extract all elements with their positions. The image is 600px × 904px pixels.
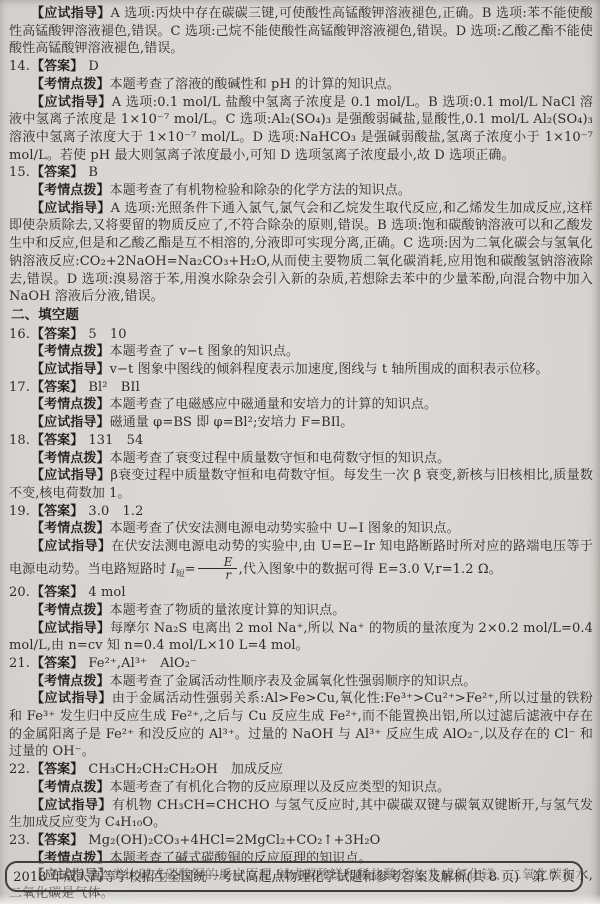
answer-value: Mg₂(OH)₂CO₃+4HCl=2MgCl₂+CO₂↑+3H₂O bbox=[88, 833, 380, 848]
question-18-guidance: 【应试指导】β衰变过程中质量数守恒和电荷数守恒。每发生一次 β 衰变,新核与旧核… bbox=[9, 467, 593, 502]
exam-points-text: 本题考查了金属活动性顺序表及金属氧化性强弱顺序的知识点。 bbox=[110, 674, 477, 689]
question-20-answer-line: 20.【答案】4 mol bbox=[9, 584, 593, 602]
question-number: 20. bbox=[9, 585, 31, 600]
question-20-guidance: 【应试指导】每摩尔 Na₂S 电离出 2 mol Na⁺,所以 Na⁺ 的物质的… bbox=[9, 620, 593, 655]
exam-points-label: 【考情点拨】 bbox=[31, 603, 110, 618]
question-22-answer-line: 22.【答案】CH₃CH₂CH₂CH₂OH 加成反应 bbox=[9, 761, 593, 779]
exam-points-label: 【考情点拨】 bbox=[31, 397, 110, 412]
answer-value: 5 10 bbox=[88, 327, 126, 342]
exam-points-text: 本题考查了溶液的酸碱性和 pH 的计算的知识点。 bbox=[110, 77, 400, 92]
question-14-answer-line: 14.【答案】D bbox=[9, 58, 593, 76]
guidance-text: A 选项:光照条件下通入氯气,氯气会和乙烷发生取代反应,和乙烯发生加成反应,这样… bbox=[9, 201, 593, 305]
equals-sign: = bbox=[185, 562, 196, 577]
question-14-exam-points: 【考情点拨】本题考查了溶液的酸碱性和 pH 的计算的知识点。 bbox=[9, 76, 593, 94]
page-content: 【应试指导】A 选项:丙炔中存在碳碳三键,可使酸性高锰酸钾溶液褪色,正确。B 选… bbox=[9, 5, 593, 903]
guidance-text: 磁通量 φ=BS 即 φ=Bl²;安培力 F=BIl。 bbox=[110, 415, 354, 430]
question-17-exam-points: 【考情点拨】本题考查了电磁感应中磁通量和安培力的计算的知识点。 bbox=[9, 396, 593, 414]
question-number: 15. bbox=[9, 165, 31, 180]
question-17-answer-line: 17.【答案】Bl² BIl bbox=[9, 379, 593, 397]
guidance-label: 【应试指导】 bbox=[31, 539, 111, 554]
guidance-label: 【应试指导】 bbox=[31, 621, 110, 636]
question-14-guidance: 【应试指导】A 选项:0.1 mol/L 盐酸中氢离子浓度是 0.1 mol/L… bbox=[9, 94, 593, 165]
answer-value: 131 54 bbox=[88, 433, 143, 448]
guidance-label: 【应试指导】 bbox=[31, 362, 110, 377]
emf-over-resistance-fraction: Er bbox=[198, 556, 237, 582]
question-16-guidance: 【应试指导】v−t 图象中图线的倾斜程度表示加速度,图线与 t 轴所围成的面积表… bbox=[9, 361, 593, 379]
question-21-exam-points: 【考情点拨】本题考查了金属活动性顺序表及金属氧化性强弱顺序的知识点。 bbox=[9, 673, 593, 691]
answer-label: 【答案】 bbox=[31, 380, 83, 395]
answer-label: 【答案】 bbox=[31, 433, 83, 448]
question-15-exam-points: 【考情点拨】本题考查了有机物检验和除杂的化学方法的知识点。 bbox=[9, 182, 593, 200]
answer-value: B bbox=[88, 165, 98, 180]
footer-text: 2018 年成人高等学校招生全国统一考试高起点物理化学试题和参考答案及解析(共 … bbox=[13, 870, 574, 885]
exam-points-text: 本题考查了有机化合物的反应原理以及反应类型的知识点。 bbox=[110, 780, 451, 795]
question-number: 19. bbox=[9, 504, 31, 519]
guidance-label: 【应试指导】 bbox=[31, 415, 110, 430]
question-19-exam-points: 【考情点拨】本题考查了伏安法测电源电动势实验中 U−I 图象的知识点。 bbox=[9, 520, 593, 538]
answer-label: 【答案】 bbox=[31, 165, 83, 180]
question-17-guidance: 【应试指导】磁通量 φ=BS 即 φ=Bl²;安培力 F=BIl。 bbox=[9, 414, 593, 432]
question-15-guidance: 【应试指导】A 选项:光照条件下通入氯气,氯气会和乙烷发生取代反应,和乙烯发生加… bbox=[9, 200, 593, 306]
page-footer: 2018 年成人高等学校招生全国统一考试高起点物理化学试题和参考答案及解析(共 … bbox=[5, 861, 583, 892]
question-19-guidance: 【应试指导】在伏安法测电源电动势的实验中,由 U=E−Ir 知电路断路时所对应的… bbox=[9, 538, 593, 584]
question-number: 18. bbox=[9, 433, 31, 448]
answer-value: D bbox=[88, 59, 99, 74]
guidance-label: 【应试指导】 bbox=[31, 201, 111, 216]
exam-points-text: 本题考查了衰变过程中质量数守恒和电荷数守恒的知识点。 bbox=[110, 451, 451, 466]
question-15-answer-line: 15.【答案】B bbox=[9, 164, 593, 182]
exam-points-text: 本题考查了电磁感应中磁通量和安培力的计算的知识点。 bbox=[110, 397, 438, 412]
current-subscript: 短 bbox=[176, 569, 185, 579]
guidance-text: ,代入图象中的数据可得 E=3.0 V,r=1.2 Ω。 bbox=[239, 562, 502, 577]
exam-points-label: 【考情点拨】 bbox=[31, 521, 110, 536]
question-number: 22. bbox=[9, 762, 31, 777]
answer-label: 【答案】 bbox=[31, 59, 83, 74]
answer-label: 【答案】 bbox=[31, 762, 83, 777]
fraction-denominator: r bbox=[198, 569, 237, 582]
exam-points-text: 本题考查了伏安法测电源电动势实验中 U−I 图象的知识点。 bbox=[110, 521, 460, 536]
question-16-answer-line: 16.【答案】5 10 bbox=[9, 326, 593, 344]
question-23-answer-line: 23.【答案】Mg₂(OH)₂CO₃+4HCl=2MgCl₂+CO₂↑+3H₂O bbox=[9, 832, 593, 850]
question-number: 17. bbox=[9, 380, 31, 395]
question-number: 14. bbox=[9, 59, 31, 74]
answer-label: 【答案】 bbox=[31, 656, 83, 671]
guidance-label: 【应试指导】 bbox=[31, 468, 110, 483]
guidance-text: v−t 图象中图线的倾斜程度表示加速度,图线与 t 轴所围成的面积表示位移。 bbox=[110, 362, 549, 377]
exam-points-label: 【考情点拨】 bbox=[31, 674, 110, 689]
exam-points-label: 【考情点拨】 bbox=[31, 183, 110, 198]
question-20-exam-points: 【考情点拨】本题考查了物质的量浓度计算的知识点。 bbox=[9, 602, 593, 620]
guidance-label: 【应试指导】 bbox=[31, 798, 112, 813]
answer-value: Bl² BIl bbox=[88, 380, 139, 395]
answer-label: 【答案】 bbox=[31, 833, 83, 848]
question-16-exam-points: 【考情点拨】本题考查了 v−t 图象的知识点。 bbox=[9, 343, 593, 361]
question-number: 16. bbox=[9, 327, 31, 342]
fraction-numerator: E bbox=[198, 556, 237, 570]
exam-points-label: 【考情点拨】 bbox=[31, 77, 110, 92]
question-number: 23. bbox=[9, 833, 31, 848]
guidance-label: 【应试指导】 bbox=[31, 95, 112, 110]
exam-points-label: 【考情点拨】 bbox=[31, 780, 110, 795]
exam-points-label: 【考情点拨】 bbox=[31, 344, 110, 359]
answer-label: 【答案】 bbox=[31, 504, 83, 519]
answer-label: 【答案】 bbox=[31, 585, 83, 600]
question-22-guidance: 【应试指导】有机物 CH₃CH=CHCHO 与氢气反应时,其中碳碳双键与碳氧双键… bbox=[9, 797, 593, 832]
carryover-guidance-paragraph: 【应试指导】A 选项:丙炔中存在碳碳三键,可使酸性高锰酸钾溶液褪色,正确。B 选… bbox=[9, 5, 593, 58]
question-18-exam-points: 【考情点拨】本题考查了衰变过程中质量数守恒和电荷数守恒的知识点。 bbox=[9, 450, 593, 468]
guidance-label: 【应试指导】 bbox=[31, 6, 110, 21]
answer-value: Fe²⁺,Al³⁺ AlO₂⁻ bbox=[88, 656, 197, 671]
answer-label: 【答案】 bbox=[31, 327, 83, 342]
question-number: 21. bbox=[9, 656, 31, 671]
exam-points-text: 本题考查了 v−t 图象的知识点。 bbox=[110, 344, 299, 359]
question-21-guidance: 【应试指导】由于金属活动性强弱关系:Al>Fe>Cu,氧化性:Fe³⁺>Cu²⁺… bbox=[9, 690, 593, 761]
answer-value: CH₃CH₂CH₂CH₂OH 加成反应 bbox=[88, 762, 283, 777]
exam-points-text: 本题考查了物质的量浓度计算的知识点。 bbox=[110, 603, 346, 618]
answer-value: 4 mol bbox=[88, 585, 125, 600]
guidance-label: 【应试指导】 bbox=[31, 691, 112, 706]
scanned-answer-sheet-page: 【应试指导】A 选项:丙炔中存在碳碳三键,可使酸性高锰酸钾溶液褪色,正确。B 选… bbox=[0, 0, 600, 904]
question-21-answer-line: 21.【答案】Fe²⁺,Al³⁺ AlO₂⁻ bbox=[9, 655, 593, 673]
answer-value: 3.0 1.2 bbox=[88, 504, 143, 519]
section-heading-fill-in-blanks: 二、填空题 bbox=[9, 307, 593, 325]
question-18-answer-line: 18.【答案】131 54 bbox=[9, 432, 593, 450]
exam-points-text: 本题考查了有机物检验和除杂的化学方法的知识点。 bbox=[110, 183, 411, 198]
exam-points-label: 【考情点拨】 bbox=[31, 451, 110, 466]
question-19-answer-line: 19.【答案】3.0 1.2 bbox=[9, 503, 593, 521]
question-22-exam-points: 【考情点拨】本题考查了有机化合物的反应原理以及反应类型的知识点。 bbox=[9, 779, 593, 797]
